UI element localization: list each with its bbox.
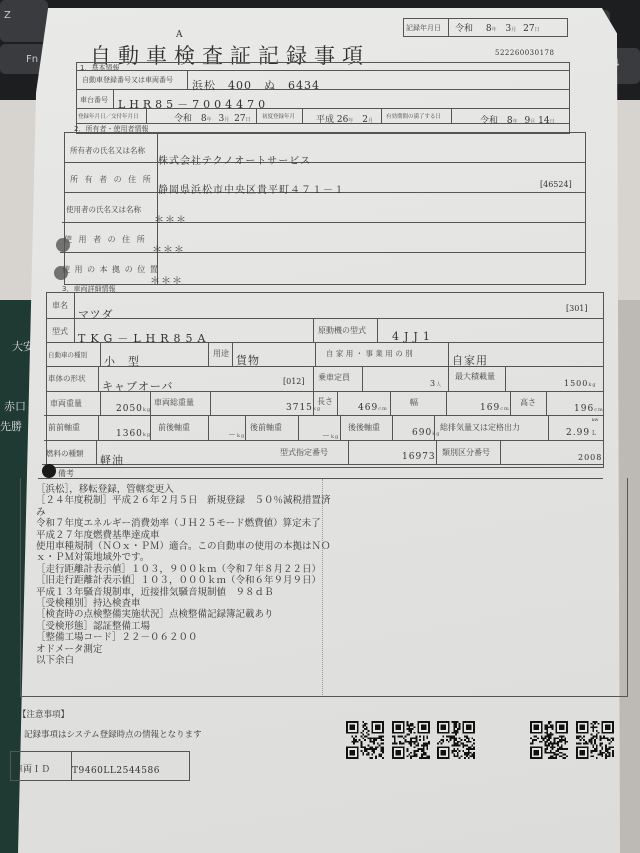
owner-address-code: [46524] — [540, 180, 572, 189]
punch-hole — [54, 266, 68, 280]
capacity-label: 乗車定員 — [318, 372, 350, 383]
registration-number-label: 自動車登録番号又は車両番号 — [82, 75, 173, 85]
unit: cm — [500, 406, 510, 412]
category-number-label: 類別区分番号 — [442, 447, 490, 458]
user-name-label: 使用者の氏名又は名称 — [66, 204, 141, 215]
remarks-line: ［受検種別］持込検査車 — [36, 598, 326, 609]
user-address-label: 使 用 者 の 住 所 — [64, 234, 147, 245]
registration-date-label: 登録年月日／交付年月日 — [78, 112, 139, 120]
front-rear-axle-value: －kg — [228, 429, 245, 440]
qr-code-icon — [392, 719, 430, 761]
value: 690 — [412, 428, 432, 438]
user-address-value: ＊＊＊ — [152, 241, 185, 256]
year: 26 — [337, 115, 348, 125]
value: 169 — [480, 403, 500, 413]
qr-code-icon — [576, 719, 614, 761]
remarks-line: 平成１３年騒音規制車，近接排気騒音規制値 ９８ｄＢ — [36, 587, 326, 598]
unit: L — [592, 430, 597, 437]
purpose-label: 用途 — [213, 348, 229, 359]
punch-hole — [56, 238, 70, 252]
unit: 日 — [550, 119, 555, 125]
vehicle-id-value: T9460LL2544586 — [72, 766, 160, 776]
unit: kg — [237, 433, 245, 439]
vehicle-weight-value: 2050kg — [116, 404, 151, 414]
unit: cm — [378, 406, 388, 412]
height-value: 196cm — [574, 404, 604, 414]
vehicle-type-value: 小 型 — [104, 353, 140, 369]
qr-code-icon — [530, 719, 568, 761]
notice-heading: 【注意事項】 — [18, 708, 69, 720]
value: 196 — [574, 404, 594, 414]
private-business-label: 自 家 用 ・ 事 業 用 の 別 — [326, 348, 413, 359]
value: 2050 — [116, 404, 143, 414]
registration-date-value: 令和 8年 3月 27日 — [174, 111, 251, 124]
first-registration-value: 平成 26年 2月 — [316, 112, 373, 125]
vehicle-type-label: 自動車の種別 — [48, 350, 87, 359]
vehicle-weight-label: 車両重量 — [50, 398, 82, 409]
qr-code-icon — [346, 719, 384, 761]
owner-address-value: 静岡県浜松市中央区貴平町４７１－１ — [158, 181, 345, 196]
unit: 日 — [246, 117, 251, 123]
era: 令和 — [455, 24, 473, 34]
height-label: 高さ — [520, 397, 536, 408]
rear-rear-axle-label: 後後軸重 — [348, 422, 380, 433]
make-code: [301] — [566, 304, 588, 313]
unit: 月 — [511, 27, 516, 33]
remarks-line: ［浜松］，移転登録，管轄変更入 — [36, 484, 326, 495]
document-number: 522260030178 — [495, 49, 554, 57]
remarks-line: み — [36, 507, 326, 518]
remarks-line: ［整備工場コード］２２－０６２００ — [36, 632, 326, 643]
remarks-line: オドメータ測定 — [36, 644, 326, 655]
width-label: 幅 — [410, 397, 418, 408]
remarks-line: ［受検形態］認証整備工場 — [36, 621, 326, 632]
length-label: 長さ — [317, 396, 333, 407]
era: 令和 — [174, 114, 192, 124]
registration-number-value: 浜松 400 ぬ 6434 — [192, 77, 320, 93]
owner-name-label: 所有者の氏名又は名称 — [70, 145, 145, 156]
body-shape-code: [012] — [283, 377, 305, 386]
unit: 日 — [535, 27, 540, 33]
remarks-line: ［旧走行距離計表示値］１０３，０００ｋｍ（令和６年９月９日） — [36, 575, 326, 586]
capacity-value: 3人 — [430, 379, 442, 388]
rear-front-axle-label: 後前軸重 — [250, 422, 282, 433]
remarks-line: 以下余白 — [36, 655, 326, 666]
expiry-date-value: 令和 8年 9月 14日 — [480, 113, 555, 126]
body-shape-label: 車体の形状 — [48, 373, 86, 384]
remarks-text: ［浜松］，移転登録，管轄変更入［２４年度税制］平成２６年２月５日 新規登録 ５０… — [36, 484, 326, 667]
width-value: 169cm — [480, 403, 510, 413]
gross-weight-label: 車両総重量 — [154, 397, 194, 408]
user-name-value: ＊＊＊ — [154, 211, 187, 226]
era: 平成 — [316, 115, 334, 125]
model-label: 型式 — [52, 326, 68, 337]
model-value: TKG－LHR85A — [78, 330, 210, 346]
chassis-number-value: LHR85－7004470 — [118, 96, 269, 112]
fuel-type-label: 燃料の種類 — [46, 448, 84, 459]
category-number-value: 2008 — [578, 453, 602, 462]
era: 令和 — [480, 116, 498, 126]
type-designation-value: 16973 — [402, 452, 436, 462]
base-location-value: ＊＊＊ — [150, 272, 183, 287]
private-business-value: 自家用 — [452, 352, 488, 368]
fuel-type-value: 軽油 — [100, 452, 124, 468]
make-value: マツダ — [78, 306, 114, 322]
make-label: 車名 — [52, 300, 68, 311]
displacement-unit-kw: kW — [592, 417, 599, 422]
section-heading: 1．基本情報 — [80, 63, 119, 73]
expiry-date-label: 有効期間の満了する日 — [386, 112, 441, 120]
value: 2.99 — [566, 428, 590, 438]
unit: 月 — [224, 117, 229, 123]
day: 27 — [234, 114, 245, 124]
base-location-label: 使 用 の 本 拠 の 位 置 — [62, 264, 159, 275]
unit: 年 — [513, 119, 518, 125]
unit: 月 — [368, 118, 373, 124]
value: － — [322, 431, 331, 440]
remarks-line: 令和７年度エネルギー消費効率（ＪＨ２５モード燃費値）算定未了 — [36, 518, 326, 529]
unit: kg — [588, 382, 596, 388]
remarks-line: 使用車種規制（ＮＯｘ・ＰＭ）適合。この自動車の使用の本拠はＮＯ — [36, 541, 326, 552]
body-shape-value: キャブオーバ — [102, 378, 173, 394]
corner-mark: A — [176, 30, 183, 40]
front-front-axle-label: 前前軸重 — [48, 422, 80, 433]
unit: 月 — [530, 119, 535, 125]
day: 14 — [538, 116, 549, 126]
notice-text: 記録事項はシステム登録時点の情報となります — [24, 728, 202, 740]
displacement-value: 2.99L — [566, 428, 597, 438]
punch-hole — [42, 464, 56, 478]
owner-address-label: 所 有 者 の 住 所 — [70, 174, 153, 185]
unit: 年 — [207, 117, 212, 123]
vehicle-id-label: 車両ＩＤ — [14, 762, 50, 775]
first-registration-label: 初度登録年月 — [262, 112, 295, 120]
front-front-axle-value: 1360kg — [116, 429, 151, 439]
length-value: 469cm — [358, 403, 388, 413]
type-designation-label: 型式指定番号 — [280, 447, 328, 458]
owner-name-value: 株式会社テクノオートサービス — [158, 152, 311, 167]
unit: cm — [594, 407, 604, 413]
remarks-line: ［２４年度税制］平成２６年２月５日 新規登録 ５０％減税措置済 — [36, 495, 326, 506]
chassis-number-label: 車台番号 — [80, 95, 108, 105]
gross-weight-value: 3715kg — [286, 403, 321, 413]
record-date-label: 記録年月日 — [406, 23, 441, 33]
displacement-label: 総排気量又は定格出力 — [440, 422, 520, 433]
max-load-value: 1500kg — [564, 379, 597, 388]
record-date-value: 令和 8年 3月 27日 — [455, 21, 540, 34]
engine-model-label: 原動機の型式 — [318, 325, 366, 336]
unit: 年 — [492, 27, 497, 33]
engine-model-value: 4JJ1 — [392, 330, 435, 343]
unit: 人 — [436, 382, 442, 388]
remarks-line: ［検査時の点検整備実施状況］点検整備記録簿記載あり — [36, 609, 326, 620]
rear-front-axle-value: －kg — [322, 430, 339, 441]
value: － — [228, 430, 237, 439]
front-rear-axle-label: 前後軸重 — [158, 422, 190, 433]
max-load-label: 最大積載量 — [455, 371, 495, 382]
qr-code-icon — [437, 719, 475, 761]
purpose-value: 貨物 — [236, 352, 260, 368]
rear-rear-axle-value: 690kg — [412, 428, 440, 438]
remarks-line: ［走行距離計表示値］１０３，９００ｋｍ（令和７年８月２２日） — [36, 564, 326, 575]
value: 1360 — [116, 429, 143, 439]
vehicle-inspection-record: A 自動車検査証記録事項 記録年月日 令和 8年 3月 27日 52226003… — [0, 0, 640, 853]
value: 1500 — [564, 379, 588, 388]
value: 3715 — [286, 403, 313, 413]
unit: 年 — [348, 118, 353, 124]
day: 27 — [523, 24, 534, 34]
remarks-line: 平成２７年度燃費基準達成車 — [36, 530, 326, 541]
unit: kg — [331, 434, 339, 440]
value: 469 — [358, 403, 378, 413]
remarks-line: ｘ・ＰＭ対策地域外です。 — [36, 552, 326, 563]
